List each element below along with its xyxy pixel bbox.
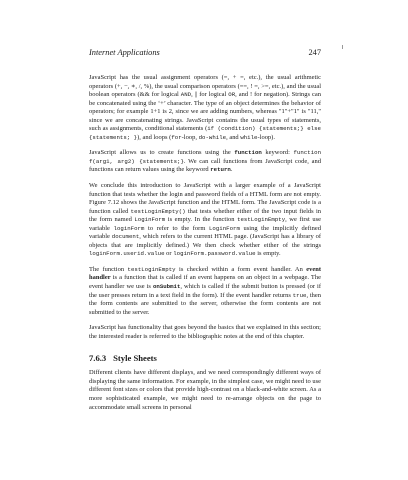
inline-tt: LoginForm xyxy=(134,216,165,223)
text-run: -loop, xyxy=(182,134,199,141)
text-run: is checked within a form event handler. … xyxy=(176,266,307,273)
paragraphs: JavaScript has the usual assignment oper… xyxy=(89,74,321,341)
section-title: Style Sheets xyxy=(113,353,157,363)
section-number: 7.6.3 xyxy=(89,353,111,363)
text-run: ), and loops ( xyxy=(137,134,171,141)
text-run: is empty. xyxy=(256,250,281,257)
inline-tt: testLoginEmpty xyxy=(237,216,285,223)
inline-tt: testLoginEmpty() xyxy=(131,208,186,215)
text-run: JavaScript allows us to create functions… xyxy=(89,149,234,156)
paragraph: Different clients have different display… xyxy=(89,369,321,412)
inline-tt: do-while xyxy=(199,134,226,141)
page-number: 247 xyxy=(308,48,321,57)
text-run: . xyxy=(231,166,233,173)
text-run: , and xyxy=(226,134,240,141)
book-page: Internet Applications 247 JavaScript has… xyxy=(89,48,321,419)
text-run: -loop). xyxy=(257,134,274,141)
inline-tt: true xyxy=(293,292,307,299)
inline-tt: loginForm.userid.value xyxy=(89,250,165,257)
inline-tt: document xyxy=(112,233,139,240)
paragraph: JavaScript allows us to create functions… xyxy=(89,149,321,175)
section-heading: 7.6.3 Style Sheets xyxy=(89,353,321,363)
text-run: Different clients have different display… xyxy=(89,369,321,410)
inline-tt: loginForm.password.value xyxy=(173,250,255,257)
paragraph: The function testLoginEmpty is checked w… xyxy=(89,266,321,317)
text-run: The function xyxy=(89,266,128,273)
section-paragraphs: Different clients have different display… xyxy=(89,369,321,412)
inline-tt: AND xyxy=(181,91,191,98)
text-run: JavaScript has functionality that goes b… xyxy=(89,324,321,340)
running-title: Internet Applications xyxy=(89,48,160,57)
text-run: to refer to the form xyxy=(144,225,209,232)
inline-tt: testLoginEmpty xyxy=(128,266,176,273)
page-body: JavaScript has the usual assignment oper… xyxy=(89,74,321,412)
running-head: Internet Applications 247 xyxy=(89,48,321,62)
text-run: keyword: xyxy=(262,149,294,156)
text-run: or xyxy=(165,250,174,257)
inline-tt: LoginForm xyxy=(209,225,240,232)
inline-ttb: function xyxy=(234,149,261,156)
paragraph: JavaScript has functionality that goes b… xyxy=(89,324,321,341)
inline-tt: while xyxy=(240,134,257,141)
inline-tt: loginForm xyxy=(114,225,145,232)
text-run: is empty. In the function xyxy=(165,216,237,223)
paragraph: We conclude this introduction to JavaScr… xyxy=(89,182,321,259)
inline-ttb: return xyxy=(210,166,231,173)
text-run: , || for logical xyxy=(191,91,228,98)
inline-ttb: onSubmit xyxy=(153,283,180,290)
inline-tt: for xyxy=(171,134,181,141)
scan-mark xyxy=(342,45,343,49)
paragraph: JavaScript has the usual assignment oper… xyxy=(89,74,321,142)
